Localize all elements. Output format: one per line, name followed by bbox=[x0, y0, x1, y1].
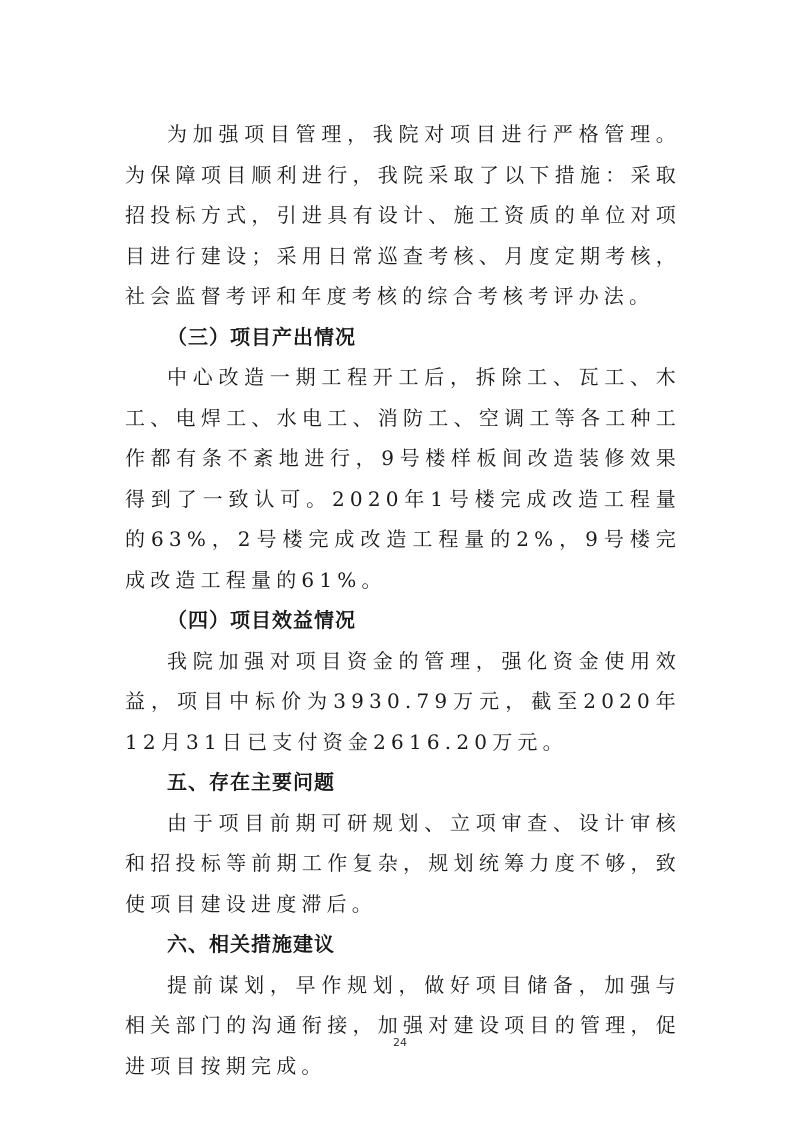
paragraph-main-problems: 由于项目前期可研规划、立项审查、设计审核和招投标等前期工作复杂，规划统筹力度不够… bbox=[125, 803, 681, 925]
paragraph-project-management: 为加强项目管理，我院对项目进行严格管理。为保障项目顺利进行，我院采取了以下措施：… bbox=[125, 114, 681, 317]
heading-project-benefits: （四）项目效益情况 bbox=[125, 600, 681, 641]
paragraph-suggestions: 提前谋划，早作规划，做好项目储备，加强与相关部门的沟通衔接，加强对建设项目的管理… bbox=[125, 965, 681, 1087]
document-page: 为加强项目管理，我院对项目进行严格管理。为保障项目顺利进行，我院采取了以下措施：… bbox=[0, 0, 800, 1131]
heading-main-problems: 五、存在主要问题 bbox=[125, 762, 681, 803]
heading-project-output: （三）项目产出情况 bbox=[125, 317, 681, 358]
paragraph-project-output: 中心改造一期工程开工后，拆除工、瓦工、木工、电焊工、水电工、消防工、空调工等各工… bbox=[125, 357, 681, 600]
document-body: 为加强项目管理，我院对项目进行严格管理。为保障项目顺利进行，我院采取了以下措施：… bbox=[125, 114, 681, 1086]
heading-suggestions: 六、相关措施建议 bbox=[125, 924, 681, 965]
paragraph-project-benefits: 我院加强对项目资金的管理，强化资金使用效益，项目中标价为3930.79万元，截至… bbox=[125, 641, 681, 763]
page-number: 24 bbox=[0, 1036, 800, 1049]
